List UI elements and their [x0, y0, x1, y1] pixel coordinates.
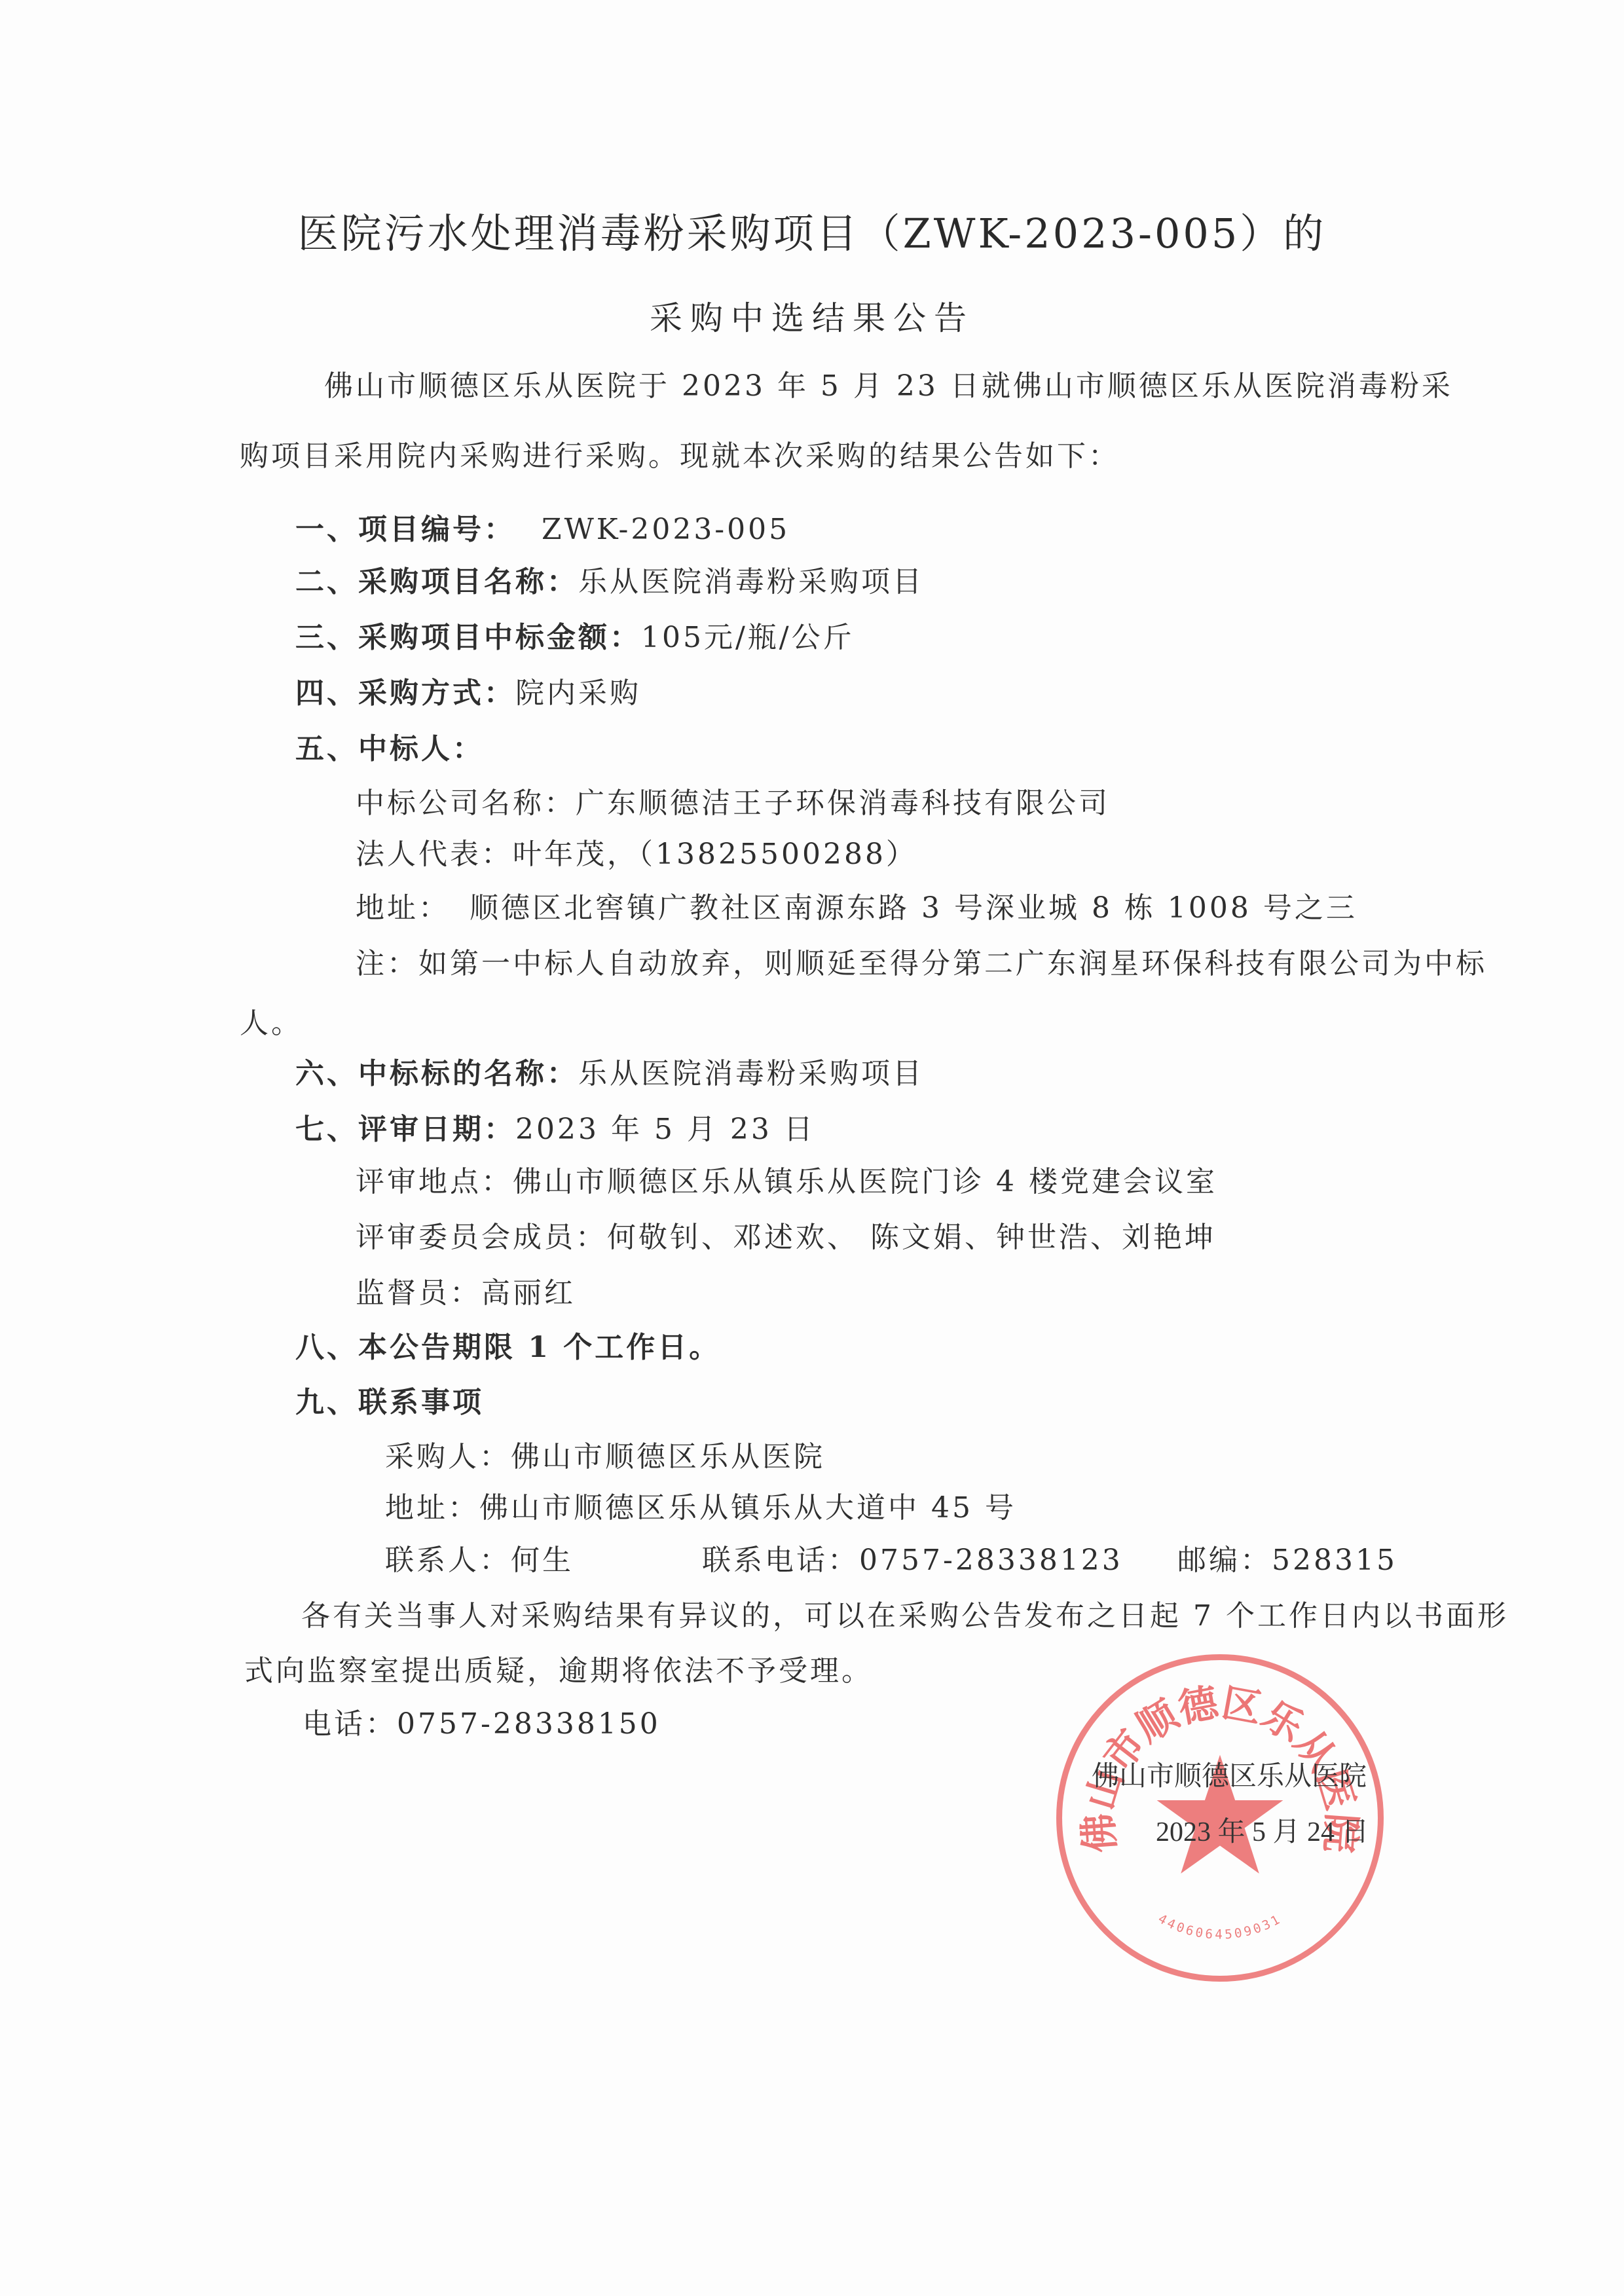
signature-date: 2023 年 5 月 24 日 — [1156, 1814, 1369, 1851]
project-name-value: 乐从医院消毒粉采购项目 — [578, 565, 924, 599]
winner-note-line-2: 人。 — [240, 1004, 303, 1043]
contact-phone: 联系电话：0757-28338123 — [702, 1541, 1123, 1580]
winner-address: 地址：顺德区北窖镇广教社区南源东路 3 号深业城 8 栋 1008 号之三 — [356, 889, 1357, 928]
review-date-value: 2023 年 5 月 23 日 — [515, 1113, 815, 1146]
section-project-name: 二、采购项目名称：乐从医院消毒粉采购项目 — [295, 563, 924, 602]
contact-phone-label: 联系电话： — [702, 1544, 859, 1577]
section-label: 三、采购项目中标金额： — [295, 621, 641, 654]
section-contact-heading: 九、联系事项 — [295, 1383, 484, 1422]
intro-line-1: 佛山市顺德区乐从医院于 2023 年 5 月 23 日就佛山市顺德区乐从医院消毒… — [324, 367, 1453, 406]
section-label: 二、采购项目名称： — [295, 565, 578, 599]
purchaser-value: 佛山市顺德区乐从医院 — [511, 1440, 825, 1473]
winner-address-label: 地址： — [356, 891, 450, 925]
project-number-value: ZWK-2023-005 — [542, 513, 790, 546]
winner-company: 中标公司名称：广东顺德洁王子环保消毒科技有限公司 — [356, 784, 1110, 823]
contact-person: 联系人：何生 — [385, 1541, 574, 1580]
seal-code-text: 4406064509031 — [1156, 1911, 1284, 1942]
winner-company-label: 中标公司名称： — [356, 787, 576, 820]
contact-address: 地址：佛山市顺德区乐从镇乐从大道中 45 号 — [385, 1489, 1016, 1528]
purchaser-label: 采购人： — [385, 1440, 511, 1473]
review-location-label: 评审地点： — [356, 1165, 513, 1198]
section-review-date: 七、评审日期：2023 年 5 月 23 日 — [295, 1110, 815, 1149]
document-subtitle: 采购中选结果公告 — [0, 295, 1624, 341]
subject-name-value: 乐从医院消毒粉采购项目 — [578, 1057, 924, 1090]
procurement-method-value: 院内采购 — [515, 676, 641, 710]
section-winner-heading: 五、中标人： — [295, 730, 484, 769]
section-label: 七、评审日期： — [295, 1113, 515, 1146]
contact-address-label: 地址： — [385, 1491, 479, 1525]
section-subject-name: 六、中标标的名称：乐从医院消毒粉采购项目 — [295, 1054, 924, 1094]
review-committee-label: 评审委员会成员： — [356, 1221, 607, 1254]
section-label: 六、中标标的名称： — [295, 1057, 578, 1090]
review-location: 评审地点：佛山市顺德区乐从镇乐从医院门诊 4 楼党建会议室 — [356, 1162, 1217, 1202]
review-location-value: 佛山市顺德区乐从镇乐从医院门诊 4 楼党建会议室 — [513, 1165, 1217, 1198]
objection-line-2: 式向监察室提出质疑，逾期将依法不予受理。 — [244, 1652, 873, 1691]
section-label: 一、项目编号： — [295, 513, 515, 546]
review-supervisor-value: 高丽红 — [481, 1276, 576, 1310]
section-label: 四、采购方式： — [295, 676, 515, 710]
legal-rep-label: 法人代表： — [356, 838, 513, 871]
contact-postcode: 邮编：528315 — [1177, 1541, 1397, 1580]
contact-phone-value: 0757-28338123 — [859, 1544, 1123, 1577]
contact-purchaser: 采购人：佛山市顺德区乐从医院 — [385, 1437, 825, 1477]
intro-line-2: 购项目采用院内采购进行采购。现就本次采购的结果公告如下： — [240, 437, 1120, 476]
winner-company-value: 广东顺德洁王子环保消毒科技有限公司 — [576, 787, 1110, 820]
review-supervisor-label: 监督员： — [356, 1276, 481, 1310]
postcode-value: 528315 — [1272, 1544, 1397, 1577]
document-page: 医院污水处理消毒粉采购项目（ZWK-2023-005）的 采购中选结果公告 佛山… — [0, 0, 1624, 2296]
objection-phone-label: 电话： — [303, 1707, 397, 1741]
section-procurement-method: 四、采购方式：院内采购 — [295, 674, 641, 713]
contact-person-label: 联系人： — [385, 1544, 511, 1577]
legal-rep-value: 叶年茂，（13825500288） — [513, 838, 917, 871]
objection-line-1: 各有关当事人对采购结果有异议的，可以在采购公告发布之日起 7 个工作日内以书面形 — [301, 1597, 1509, 1636]
winner-address-value: 顺德区北窖镇广教社区南源东路 3 号深业城 8 栋 1008 号之三 — [470, 891, 1357, 925]
contact-person-value: 何生 — [511, 1544, 574, 1577]
section-project-number: 一、项目编号：ZWK-2023-005 — [295, 510, 790, 549]
contact-address-value: 佛山市顺德区乐从镇乐从大道中 45 号 — [479, 1491, 1016, 1525]
review-committee-value: 何敬钊、邓述欢、 陈文娟、钟世浩、刘艳坤 — [607, 1221, 1216, 1254]
review-committee: 评审委员会成员：何敬钊、邓述欢、 陈文娟、钟世浩、刘艳坤 — [356, 1218, 1216, 1257]
review-supervisor: 监督员：高丽红 — [356, 1274, 576, 1313]
objection-phone-value: 0757-28338150 — [397, 1707, 661, 1741]
postcode-label: 邮编： — [1177, 1544, 1272, 1577]
section-bid-amount: 三、采购项目中标金额：105元/瓶/公斤 — [295, 618, 855, 657]
section-notice-period: 八、本公告期限 1 个工作日。 — [295, 1328, 720, 1367]
document-title: 医院污水处理消毒粉采购项目（ZWK-2023-005）的 — [0, 208, 1624, 260]
bid-amount-value: 105元/瓶/公斤 — [641, 621, 855, 654]
winner-note-line-1: 注：如第一中标人自动放弃，则顺延至得分第二广东润星环保科技有限公司为中标 — [356, 944, 1487, 984]
winner-legal-rep: 法人代表：叶年茂，（13825500288） — [356, 835, 917, 874]
signature-organization: 佛山市顺德区乐从医院 — [1092, 1758, 1367, 1795]
objection-phone: 电话：0757-28338150 — [303, 1705, 661, 1744]
